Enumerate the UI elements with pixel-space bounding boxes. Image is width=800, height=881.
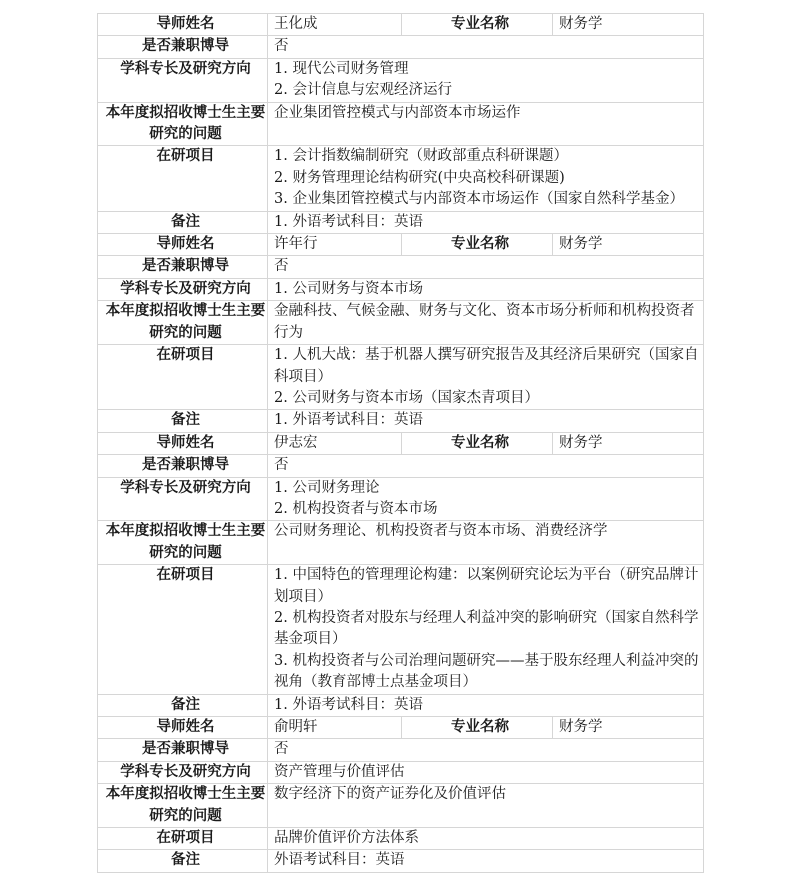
row-notes: 备注 1. 外语考试科目：英语 <box>98 211 704 233</box>
label-part-time: 是否兼职博导 <box>98 455 268 477</box>
label-name: 导师姓名 <box>98 717 268 739</box>
projects-value: 1. 会计指数编制研究（财政部重点科研课题） 2. 财务管理理论结构研究(中央高… <box>268 146 704 211</box>
row-research-questions: 本年度拟招收博士生主要研究的问题 金融科技、气候金融、财务与文化、资本市场分析师… <box>98 301 704 345</box>
research-questions-value: 金融科技、气候金融、财务与文化、资本市场分析师和机构投资者行为 <box>268 301 704 345</box>
label-major: 专业名称 <box>402 717 553 739</box>
major-value: 财务学 <box>553 717 704 739</box>
major-value: 财务学 <box>553 432 704 454</box>
row-notes: 备注 1. 外语考试科目：英语 <box>98 694 704 716</box>
specialty-value: 资产管理与价值评估 <box>268 761 704 783</box>
major-value: 财务学 <box>553 14 704 36</box>
row-specialty: 学科专长及研究方向 1. 公司财务与资本市场 <box>98 278 704 300</box>
row-specialty: 学科专长及研究方向 资产管理与价值评估 <box>98 761 704 783</box>
row-projects: 在研项目 品牌价值评价方法体系 <box>98 828 704 850</box>
specialty-item: 2. 会计信息与宏观经济运行 <box>274 80 703 101</box>
label-research-questions: 本年度拟招收博士生主要研究的问题 <box>98 784 268 828</box>
specialty-item: 1. 公司财务与资本市场 <box>274 279 703 300</box>
label-name: 导师姓名 <box>98 234 268 256</box>
label-name: 导师姓名 <box>98 432 268 454</box>
project-item: 1. 人机大战：基于机器人撰写研究报告及其经济后果研究（国家自科项目） <box>274 345 703 388</box>
row-part-time: 是否兼职博导 否 <box>98 256 704 278</box>
project-item: 2. 公司财务与资本市场（国家杰青项目） <box>274 388 703 409</box>
label-research-questions: 本年度拟招收博士生主要研究的问题 <box>98 102 268 146</box>
label-notes: 备注 <box>98 694 268 716</box>
row-notes: 备注 1. 外语考试科目：英语 <box>98 410 704 432</box>
row-research-questions: 本年度拟招收博士生主要研究的问题 企业集团管控模式与内部资本市场运作 <box>98 102 704 146</box>
row-part-time: 是否兼职博导 否 <box>98 739 704 761</box>
label-major: 专业名称 <box>402 432 553 454</box>
row-projects: 在研项目 1. 人机大战：基于机器人撰写研究报告及其经济后果研究（国家自科项目）… <box>98 345 704 410</box>
label-notes: 备注 <box>98 410 268 432</box>
supervisor-name: 王化成 <box>268 14 402 36</box>
row-name: 导师姓名 俞明轩 专业名称 财务学 <box>98 717 704 739</box>
label-projects: 在研项目 <box>98 146 268 211</box>
specialty-item: 1. 公司财务理论 <box>274 478 703 499</box>
project-item: 1. 中国特色的管理理论构建：以案例研究论坛为平台（研究品牌计划项目） <box>274 565 703 608</box>
notes-value: 外语考试科目：英语 <box>268 850 704 872</box>
label-notes: 备注 <box>98 211 268 233</box>
supervisor-name: 俞明轩 <box>268 717 402 739</box>
supervisor-table: 导师姓名 王化成 专业名称 财务学 是否兼职博导 否 学科专长及研究方向 1. … <box>97 13 704 873</box>
label-name: 导师姓名 <box>98 14 268 36</box>
project-item: 3. 企业集团管控模式与内部资本市场运作（国家自然科学基金） <box>274 189 703 210</box>
row-projects: 在研项目 1. 会计指数编制研究（财政部重点科研课题） 2. 财务管理理论结构研… <box>98 146 704 211</box>
specialty-value: 1. 现代公司财务管理 2. 会计信息与宏观经济运行 <box>268 58 704 102</box>
notes-value: 1. 外语考试科目：英语 <box>268 410 704 432</box>
notes-value: 1. 外语考试科目：英语 <box>268 211 704 233</box>
specialty-item: 资产管理与价值评估 <box>274 762 703 783</box>
label-projects: 在研项目 <box>98 345 268 410</box>
part-time-value: 否 <box>268 739 704 761</box>
project-item: 2. 财务管理理论结构研究(中央高校科研课题) <box>274 168 703 189</box>
row-projects: 在研项目 1. 中国特色的管理理论构建：以案例研究论坛为平台（研究品牌计划项目）… <box>98 565 704 694</box>
row-part-time: 是否兼职博导 否 <box>98 455 704 477</box>
label-part-time: 是否兼职博导 <box>98 36 268 58</box>
projects-value: 1. 人机大战：基于机器人撰写研究报告及其经济后果研究（国家自科项目） 2. 公… <box>268 345 704 410</box>
part-time-value: 否 <box>268 455 704 477</box>
label-specialty: 学科专长及研究方向 <box>98 278 268 300</box>
project-item: 3. 机构投资者与公司治理问题研究——基于股东经理人利益冲突的视角（教育部博士点… <box>274 651 703 694</box>
part-time-value: 否 <box>268 256 704 278</box>
major-value: 财务学 <box>553 234 704 256</box>
row-research-questions: 本年度拟招收博士生主要研究的问题 数字经济下的资产证券化及价值评估 <box>98 784 704 828</box>
projects-value: 品牌价值评价方法体系 <box>268 828 704 850</box>
label-projects: 在研项目 <box>98 828 268 850</box>
part-time-value: 否 <box>268 36 704 58</box>
specialty-value: 1. 公司财务理论 2. 机构投资者与资本市场 <box>268 477 704 521</box>
row-name: 导师姓名 王化成 专业名称 财务学 <box>98 14 704 36</box>
specialty-value: 1. 公司财务与资本市场 <box>268 278 704 300</box>
label-major: 专业名称 <box>402 234 553 256</box>
row-notes: 备注 外语考试科目：英语 <box>98 850 704 872</box>
label-notes: 备注 <box>98 850 268 872</box>
row-part-time: 是否兼职博导 否 <box>98 36 704 58</box>
label-part-time: 是否兼职博导 <box>98 739 268 761</box>
specialty-item: 2. 机构投资者与资本市场 <box>274 499 703 520</box>
project-item: 1. 会计指数编制研究（财政部重点科研课题） <box>274 146 703 167</box>
label-major: 专业名称 <box>402 14 553 36</box>
research-questions-value: 企业集团管控模式与内部资本市场运作 <box>268 102 704 146</box>
label-specialty: 学科专长及研究方向 <box>98 58 268 102</box>
projects-value: 1. 中国特色的管理理论构建：以案例研究论坛为平台（研究品牌计划项目） 2. 机… <box>268 565 704 694</box>
project-item: 2. 机构投资者对股东与经理人利益冲突的影响研究（国家自然科学基金项目） <box>274 608 703 651</box>
label-part-time: 是否兼职博导 <box>98 256 268 278</box>
research-questions-value: 公司财务理论、机构投资者与资本市场、消费经济学 <box>268 521 704 565</box>
row-specialty: 学科专长及研究方向 1. 现代公司财务管理 2. 会计信息与宏观经济运行 <box>98 58 704 102</box>
specialty-item: 1. 现代公司财务管理 <box>274 59 703 80</box>
supervisor-name: 许年行 <box>268 234 402 256</box>
row-name: 导师姓名 伊志宏 专业名称 财务学 <box>98 432 704 454</box>
label-specialty: 学科专长及研究方向 <box>98 761 268 783</box>
label-research-questions: 本年度拟招收博士生主要研究的问题 <box>98 521 268 565</box>
row-research-questions: 本年度拟招收博士生主要研究的问题 公司财务理论、机构投资者与资本市场、消费经济学 <box>98 521 704 565</box>
notes-value: 1. 外语考试科目：英语 <box>268 694 704 716</box>
research-questions-value: 数字经济下的资产证券化及价值评估 <box>268 784 704 828</box>
label-specialty: 学科专长及研究方向 <box>98 477 268 521</box>
label-research-questions: 本年度拟招收博士生主要研究的问题 <box>98 301 268 345</box>
supervisor-name: 伊志宏 <box>268 432 402 454</box>
project-item: 品牌价值评价方法体系 <box>274 828 703 849</box>
label-projects: 在研项目 <box>98 565 268 694</box>
row-name: 导师姓名 许年行 专业名称 财务学 <box>98 234 704 256</box>
row-specialty: 学科专长及研究方向 1. 公司财务理论 2. 机构投资者与资本市场 <box>98 477 704 521</box>
